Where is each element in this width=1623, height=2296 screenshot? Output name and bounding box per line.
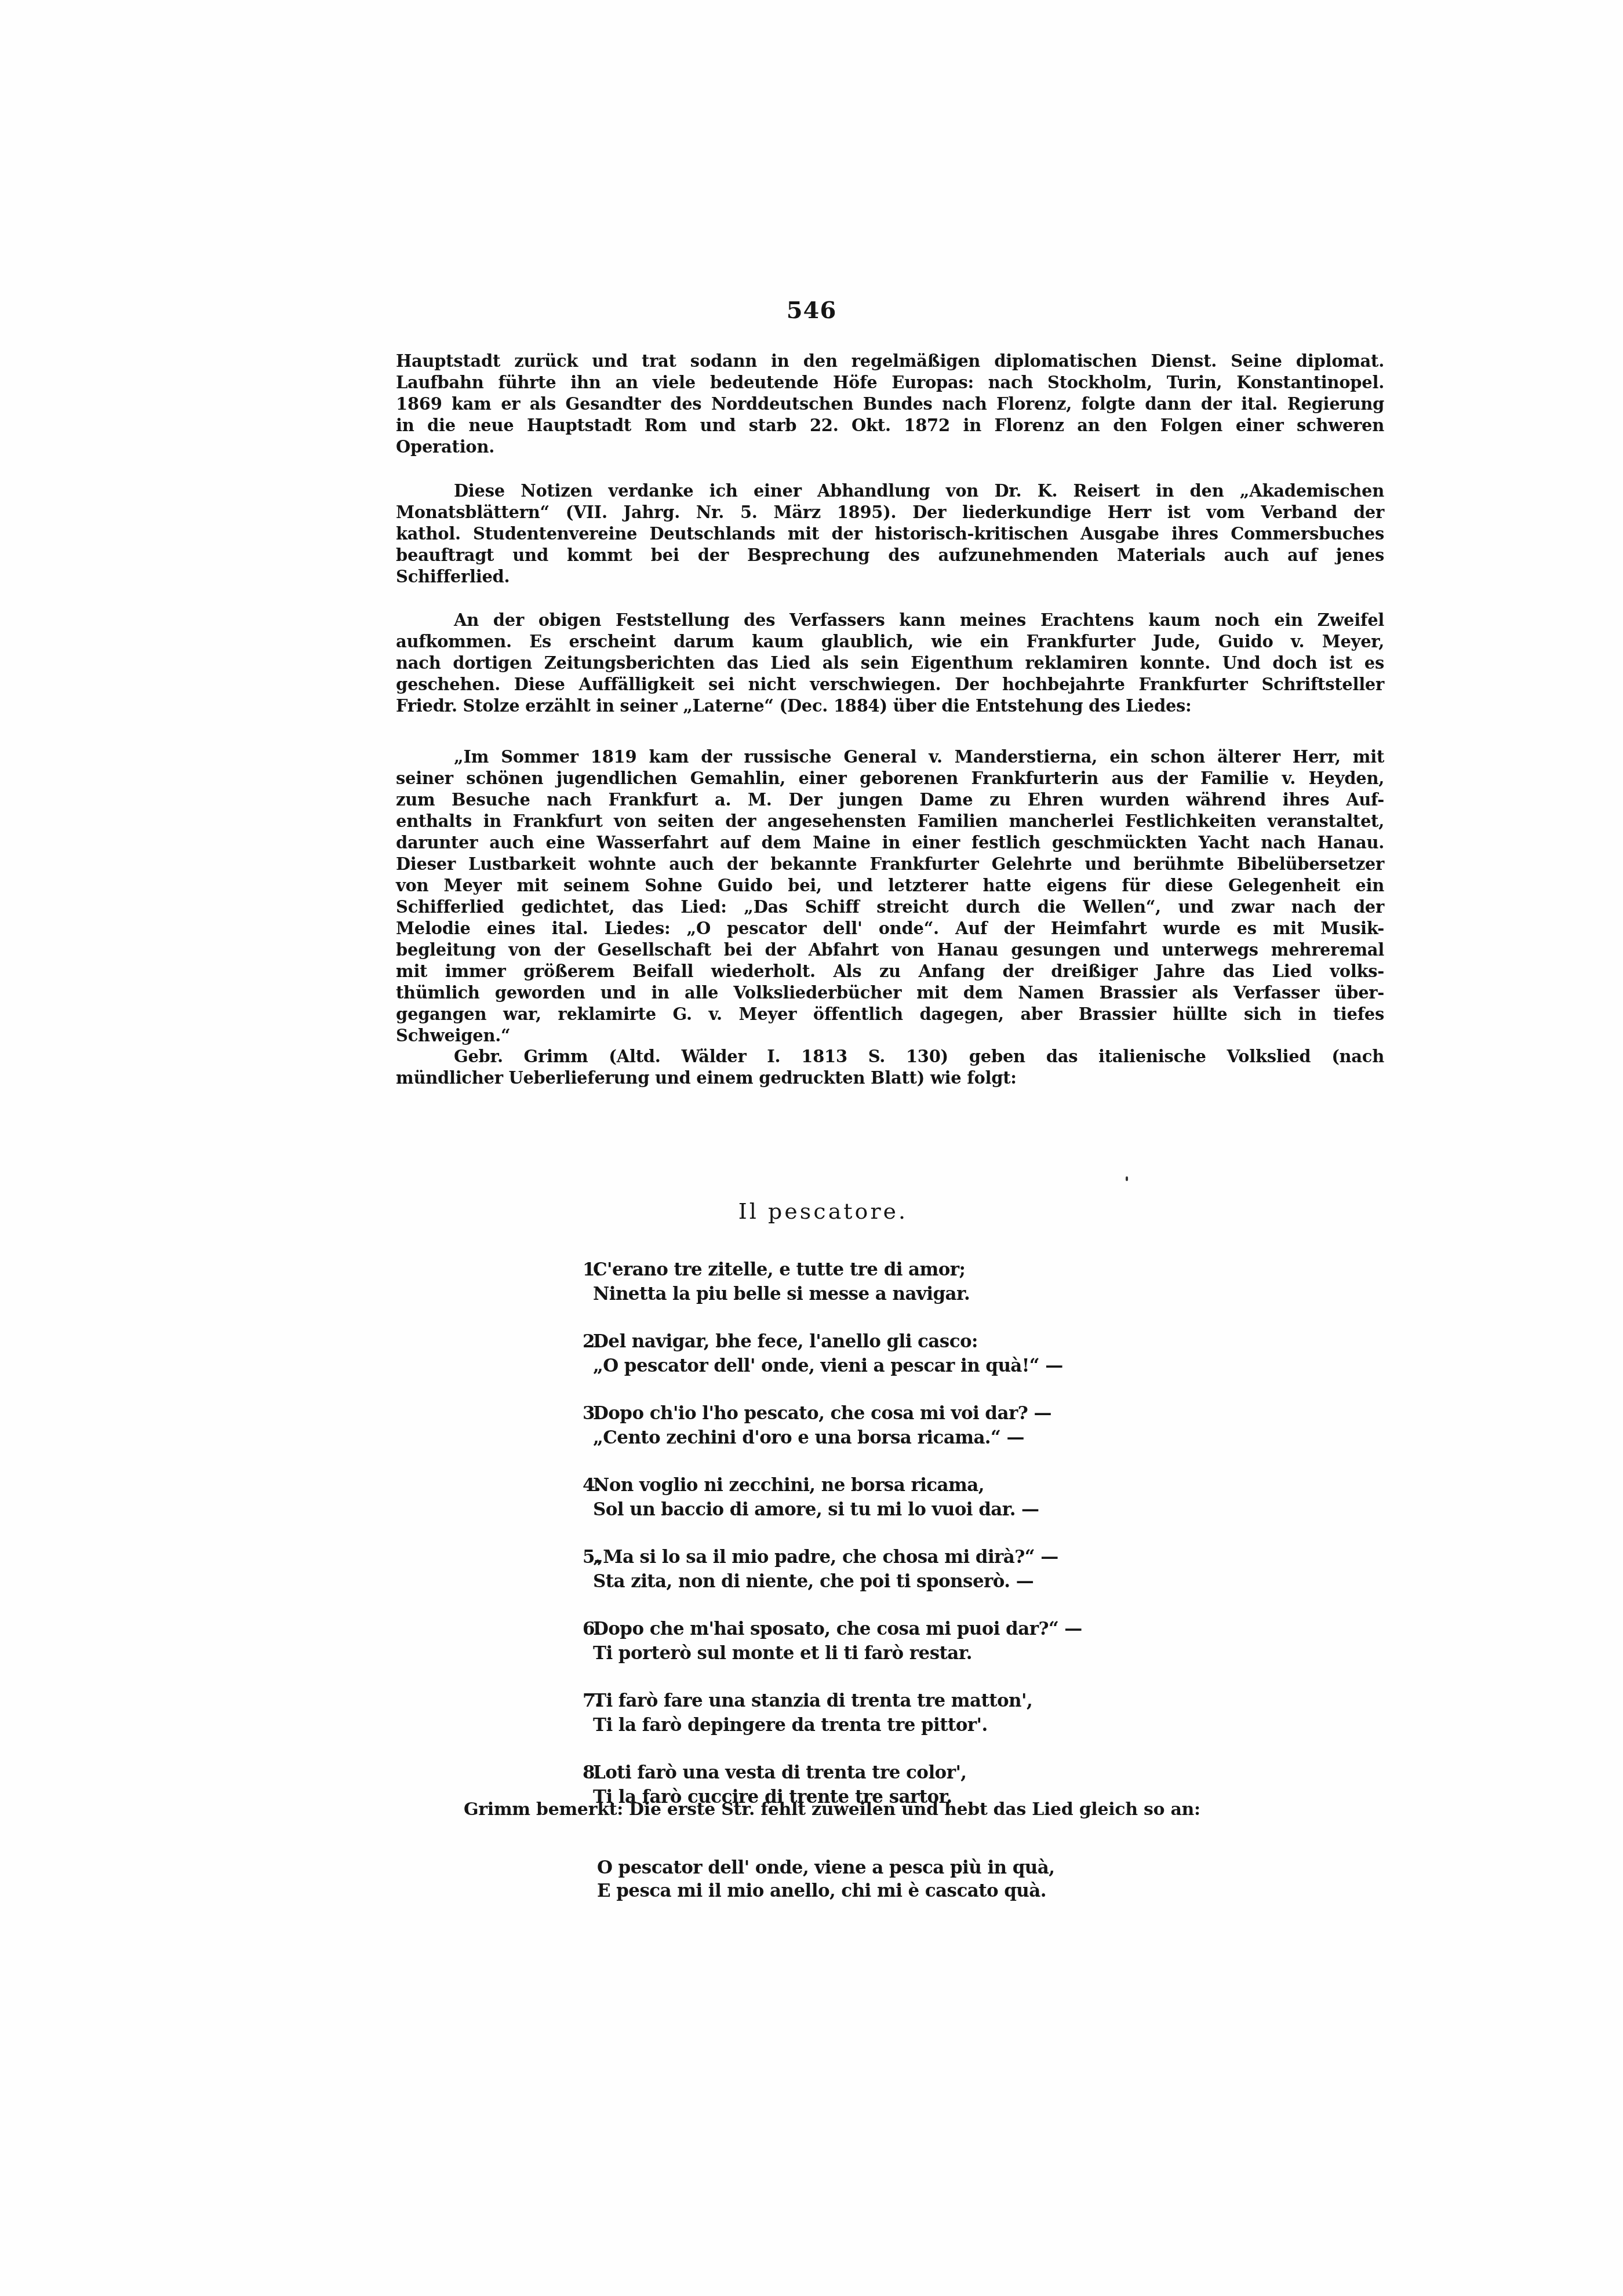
- text-line: geschehen. Diese Auffälligkeit sei nicht…: [396, 674, 1384, 695]
- text-line: 1869 kam er als Gesandter des Norddeutsc…: [396, 393, 1384, 415]
- verse-line: 5.„Ma si lo sa il mio padre, che chosa m…: [583, 1545, 1082, 1569]
- text-line: gegangen war, reklamirte G. v. Meyer öff…: [396, 1004, 1384, 1025]
- text-line: mit immer größerem Beifall wiederholt. A…: [396, 961, 1384, 982]
- text-line: aufkommen. Es erscheint darum kaum glaub…: [396, 631, 1384, 653]
- text-line: Schifferlied.: [396, 566, 1384, 588]
- verse-text: Sol un baccio di amore, si tu mi lo vuoi…: [593, 1499, 1039, 1520]
- stanza-number: 2.: [583, 1329, 593, 1354]
- text-line: Schweigen.“: [396, 1025, 1384, 1047]
- paragraph-authorship: An der obigen Feststellung des Verfasser…: [396, 610, 1384, 717]
- verse-text: C'erano tre zitelle, e tutte tre di amor…: [593, 1259, 965, 1280]
- verse-text: Del navigar, bhe fece, l'anello gli casc…: [593, 1331, 978, 1352]
- text-line: beauftragt und kommt bei der Besprechung…: [396, 545, 1384, 566]
- verse-line: Ninetta la piu belle si messe a navigar.: [583, 1282, 1082, 1306]
- verse-line: Sta zita, non di niente, che poi ti spon…: [583, 1569, 1082, 1594]
- verse-line: 3.Dopo ch'io l'ho pescato, che cosa mi v…: [583, 1401, 1082, 1426]
- stanza-number: 4.: [583, 1473, 593, 1497]
- text-line: mündlicher Ueberlieferung und einem gedr…: [396, 1067, 1384, 1089]
- verse-line: Ti porterò sul monte et li ti farò resta…: [583, 1641, 1082, 1665]
- text-line: zum Besuche nach Frankfurt a. M. Der jun…: [396, 789, 1384, 811]
- variant-opening-verses: O pescator dell' onde, viene a pesca più…: [597, 1856, 1054, 1903]
- text-line: Melodie eines ital. Liedes: „O pescator …: [396, 918, 1384, 939]
- stanza: 2.Del navigar, bhe fece, l'anello gli ca…: [583, 1329, 1082, 1378]
- verse-text: Ti la farò depingere da trenta tre pitto…: [593, 1715, 988, 1736]
- text-line: Gebr. Grimm (Altd. Wälder I. 1813 S. 130…: [396, 1046, 1384, 1067]
- verse-line: „Cento zechini d'oro e una borsa ricama.…: [583, 1426, 1082, 1450]
- text-line: Diese Notizen verdanke ich einer Abhandl…: [396, 480, 1384, 502]
- text-line: Monatsblättern“ (VII. Jahrg. Nr. 5. März…: [396, 502, 1384, 523]
- verse-text: „Ma si lo sa il mio padre, che chosa mi …: [593, 1547, 1058, 1568]
- verse-text: Ti porterò sul monte et li ti farò resta…: [593, 1643, 972, 1664]
- text-line: in die neue Hauptstadt Rom und starb 22.…: [396, 415, 1384, 436]
- text-line: Operation.: [396, 436, 1384, 458]
- document-page: 546 Hauptstadt zurück und trat sodann in…: [0, 0, 1623, 2296]
- grimm-remark: Grimm bemerkt: Die erste Str. fehlt zuwe…: [464, 1799, 1368, 1820]
- text-line: begleitung von der Gesellschaft bei der …: [396, 939, 1384, 961]
- verse-line: 2.Del navigar, bhe fece, l'anello gli ca…: [583, 1329, 1082, 1354]
- text-line: Schifferlied gedichtet, das Lied: „Das S…: [396, 896, 1384, 918]
- verse-line: E pesca mi il mio anello, chi mi è casca…: [597, 1879, 1054, 1903]
- print-speck: [1126, 1176, 1128, 1181]
- verse-text: Non voglio ni zecchini, ne borsa ricama,: [593, 1475, 984, 1496]
- stanza-number: 8.: [583, 1761, 593, 1785]
- text-line: Dieser Lustbarkeit wohnte auch der bekan…: [396, 854, 1384, 875]
- paragraph-grimm: Gebr. Grimm (Altd. Wälder I. 1813 S. 130…: [396, 1046, 1384, 1089]
- text-line: enthalts in Frankfurt von seiten der ang…: [396, 811, 1384, 832]
- page-number: 546: [777, 297, 846, 324]
- paragraph-source-note: Diese Notizen verdanke ich einer Abhandl…: [396, 480, 1384, 588]
- text-line: „Im Sommer 1819 kam der russische Genera…: [396, 746, 1384, 768]
- text-line: Hauptstadt zurück und trat sodann in den…: [396, 351, 1384, 372]
- text-line: kathol. Studentenvereine Deutschlands mi…: [396, 523, 1384, 545]
- verse-text: Loti farò una vesta di trenta tre color'…: [593, 1762, 966, 1783]
- verse-line: 1.C'erano tre zitelle, e tutte tre di am…: [583, 1258, 1082, 1282]
- verse-line: 7.Ti farò fare una stanzia di trenta tre…: [583, 1689, 1082, 1713]
- poem-title: Il pescatore.: [707, 1198, 939, 1224]
- stanza-number: 1.: [583, 1258, 593, 1282]
- poem-stanzas: 1.C'erano tre zitelle, e tutte tre di am…: [583, 1258, 1082, 1832]
- stanza: 6.Dopo che m'hai sposato, che cosa mi pu…: [583, 1617, 1082, 1665]
- stanza: 3.Dopo ch'io l'ho pescato, che cosa mi v…: [583, 1401, 1082, 1450]
- verse-text: „Cento zechini d'oro e una borsa ricama.…: [593, 1427, 1024, 1448]
- block-quote-stolze: „Im Sommer 1819 kam der russische Genera…: [396, 746, 1384, 1047]
- verse-text: Ti farò fare una stanzia di trenta tre m…: [593, 1690, 1032, 1711]
- stanza-number: 6.: [583, 1617, 593, 1641]
- text-line: von Meyer mit seinem Sohne Guido bei, un…: [396, 875, 1384, 896]
- stanza: 7.Ti farò fare una stanzia di trenta tre…: [583, 1689, 1082, 1737]
- verse-line: O pescator dell' onde, viene a pesca più…: [597, 1856, 1054, 1879]
- verse-line: „O pescator dell' onde, vieni a pescar i…: [583, 1354, 1082, 1378]
- text-line: Laufbahn führte ihn an viele bedeutende …: [396, 372, 1384, 393]
- paragraph-biography-end: Hauptstadt zurück und trat sodann in den…: [396, 351, 1384, 458]
- stanza: 4.Non voglio ni zecchini, ne borsa ricam…: [583, 1473, 1082, 1522]
- text-line: thümlich geworden und in alle Volksliede…: [396, 982, 1384, 1004]
- verse-line: Ti la farò depingere da trenta tre pitto…: [583, 1713, 1082, 1737]
- verse-text: Ninetta la piu belle si messe a navigar.: [593, 1284, 970, 1304]
- stanza-number: 3.: [583, 1401, 593, 1426]
- text-line: nach dortigen Zeitungsberichten das Lied…: [396, 653, 1384, 674]
- stanza-number: 5.: [583, 1545, 593, 1569]
- stanza: 5.„Ma si lo sa il mio padre, che chosa m…: [583, 1545, 1082, 1594]
- text-line: seiner schönen jugendlichen Gemahlin, ei…: [396, 768, 1384, 789]
- verse-line: Sol un baccio di amore, si tu mi lo vuoi…: [583, 1497, 1082, 1522]
- text-line: darunter auch eine Wasserfahrt auf dem M…: [396, 832, 1384, 854]
- verse-text: Dopo che m'hai sposato, che cosa mi puoi…: [593, 1619, 1082, 1639]
- text-line: An der obigen Feststellung des Verfasser…: [396, 610, 1384, 631]
- verse-text: Sta zita, non di niente, che poi ti spon…: [593, 1571, 1034, 1592]
- verse-text: „O pescator dell' onde, vieni a pescar i…: [593, 1355, 1063, 1376]
- verse-line: 8.Loti farò una vesta di trenta tre colo…: [583, 1761, 1082, 1785]
- stanza-number: 7.: [583, 1689, 593, 1713]
- verse-text: Dopo ch'io l'ho pescato, che cosa mi voi…: [593, 1403, 1051, 1424]
- verse-line: 6.Dopo che m'hai sposato, che cosa mi pu…: [583, 1617, 1082, 1641]
- text-line: Friedr. Stolze erzählt in seiner „Latern…: [396, 695, 1384, 717]
- verse-line: 4.Non voglio ni zecchini, ne borsa ricam…: [583, 1473, 1082, 1497]
- stanza: 1.C'erano tre zitelle, e tutte tre di am…: [583, 1258, 1082, 1306]
